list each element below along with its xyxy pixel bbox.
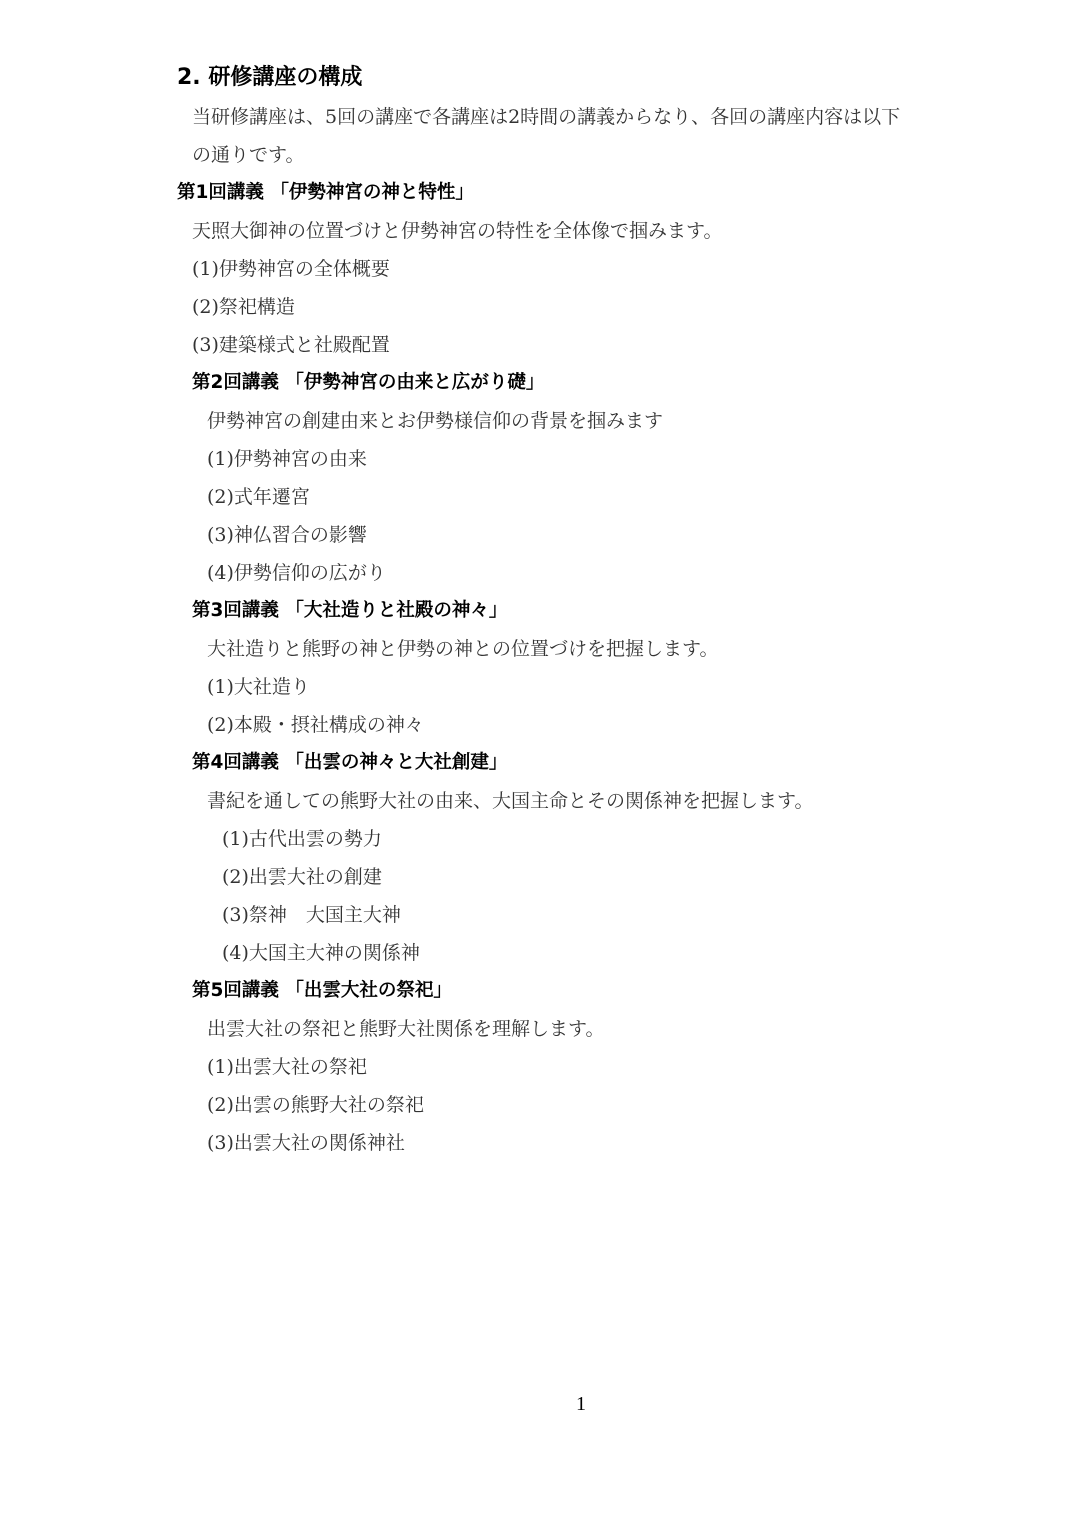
lecture-2-summary: 伊勢神宮の創建由来とお伊勢様信仰の背景を掴みます (207, 409, 663, 433)
lecture-1-heading: 第1回講義 「伊勢神宮の神と特性」 (177, 181, 474, 205)
lecture-5-item: (3)出雲大社の関係神社 (207, 1131, 405, 1155)
lecture-4-item: (1)古代出雲の勢力 (222, 827, 382, 851)
lecture-2-item: (1)伊勢神宮の由来 (207, 447, 367, 471)
lecture-5-item: (2)出雲の熊野大社の祭祀 (207, 1093, 424, 1117)
lecture-1-item: (3)建築様式と社殿配置 (192, 333, 390, 357)
lecture-1-item: (1)伊勢神宮の全体概要 (192, 257, 390, 281)
lecture-3-item: (1)大社造り (207, 675, 310, 699)
lecture-4-item: (4)大国主大神の関係神 (222, 941, 420, 965)
lecture-3-item: (2)本殿・摂社構成の神々 (207, 713, 424, 737)
section-title: 2. 研修講座の構成 (177, 66, 362, 90)
lecture-3-heading: 第3回講義 「大社造りと社殿の神々」 (192, 599, 507, 623)
lecture-2-heading: 第2回講義 「伊勢神宮の由来と広がり礎」 (192, 371, 544, 395)
lecture-5-item: (1)出雲大社の祭祀 (207, 1055, 367, 1079)
lecture-5-summary: 出雲大社の祭祀と熊野大社関係を理解します。 (207, 1017, 604, 1041)
page-number: 1 (576, 1393, 586, 1416)
lecture-1-summary: 天照大御神の位置づけと伊勢神宮の特性を全体像で掴みます。 (192, 219, 722, 243)
lecture-5-heading: 第5回講義 「出雲大社の祭祀」 (192, 979, 452, 1003)
lecture-4-heading: 第4回講義 「出雲の神々と大社創建」 (192, 751, 507, 775)
intro-line-2: の通りです。 (192, 143, 304, 167)
lecture-2-item: (4)伊勢信仰の広がり (207, 561, 386, 585)
lecture-2-item: (2)式年遷宮 (207, 485, 310, 509)
lecture-2-item: (3)神仏習合の影響 (207, 523, 367, 547)
lecture-4-summary: 書紀を通しての熊野大社の由来、大国主命とその関係神を把握します。 (207, 789, 813, 813)
lecture-1-item: (2)祭祀構造 (192, 295, 295, 319)
intro-line-1: 当研修講座は、5回の講座で各講座は2時間の講義からなり、各回の講座内容は以下 (192, 105, 900, 129)
lecture-4-item: (3)祭神 大国主大神 (222, 903, 401, 927)
lecture-4-item: (2)出雲大社の創建 (222, 865, 382, 889)
lecture-3-summary: 大社造りと熊野の神と伊勢の神との位置づけを把握します。 (207, 637, 718, 661)
